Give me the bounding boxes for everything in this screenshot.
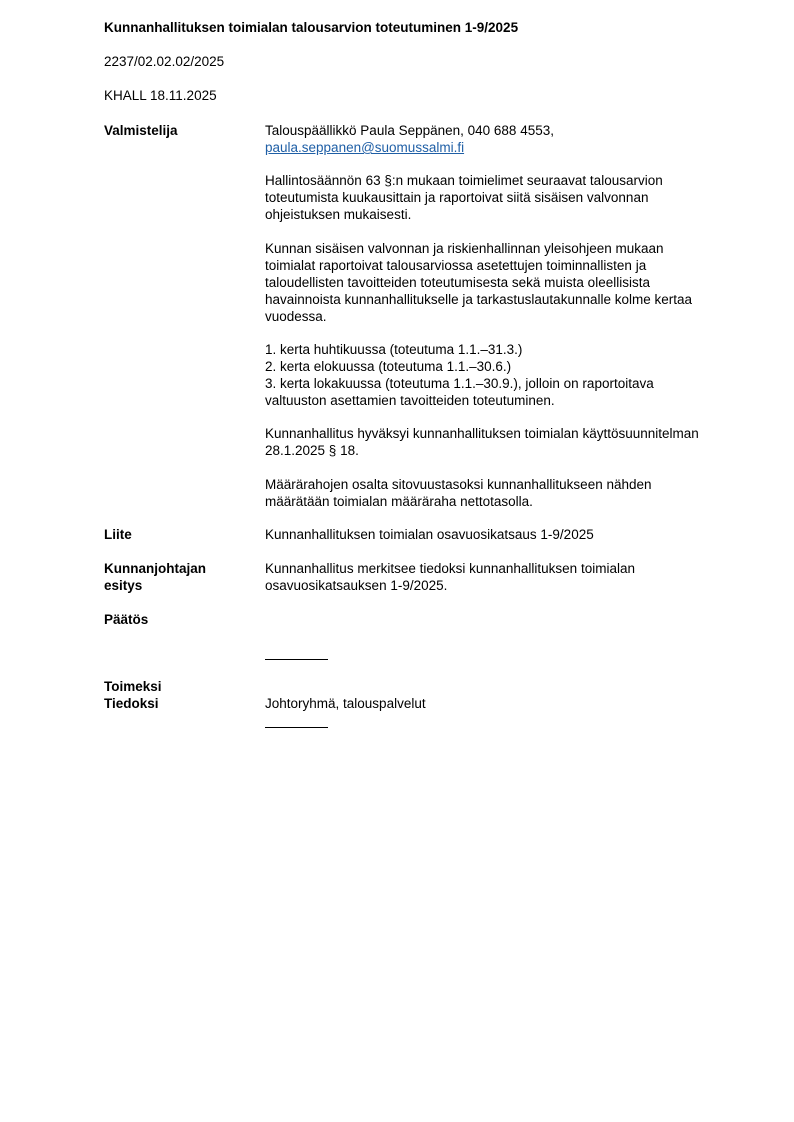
paragraph-hallintosaanto: Hallintosäännön 63 §:n mukaan toimielime…: [265, 172, 663, 223]
section-label-tiedoksi: Tiedoksi: [104, 695, 159, 712]
document-title: Kunnanhallituksen toimialan talousarvion…: [104, 20, 518, 35]
text-line: havainnoista kunnanhallitukselle ja tark…: [265, 291, 692, 308]
text-line: ohjeistuksen mukaisesti.: [265, 206, 663, 223]
section-label-esitys: Kunnanjohtajan esitys: [104, 560, 206, 594]
section-label-toimeksi: Toimeksi: [104, 678, 162, 695]
proposal-text: Kunnanhallitus merkitsee tiedoksi kunnan…: [265, 560, 635, 594]
text-line: Kunnanhallitus hyväksyi kunnanhallitukse…: [265, 425, 699, 442]
list-item: 3. kerta lokakuussa (toteutuma 1.1.–30.9…: [265, 375, 654, 392]
list-item: valtuuston asettamien tavoitteiden toteu…: [265, 392, 654, 409]
text-line: toimialat raportoivat talousarviossa ase…: [265, 257, 692, 274]
list-item: 2. kerta elokuussa (toteutuma 1.1.–30.6.…: [265, 358, 654, 375]
decision-divider: [265, 659, 328, 660]
end-divider: [265, 727, 328, 728]
text-line: toteutumista kuukausittain ja raportoiva…: [265, 189, 663, 206]
tiedoksi-recipients: Johtoryhmä, talouspalvelut: [265, 695, 426, 712]
reporting-schedule-list: 1. kerta huhtikuussa (toteutuma 1.1.–31.…: [265, 341, 654, 409]
text-line: vuodessa.: [265, 308, 692, 325]
text-line: taloudellisten tavoitteiden toteutumises…: [265, 274, 692, 291]
text-line: Kunnanhallitus merkitsee tiedoksi kunnan…: [265, 560, 635, 577]
label-line: Kunnanjohtajan: [104, 560, 206, 577]
diary-number: 2237/02.02.02/2025: [104, 54, 224, 69]
attachment-text: Kunnanhallituksen toimialan osavuosikats…: [265, 526, 594, 543]
text-line: Hallintosäännön 63 §:n mukaan toimielime…: [265, 172, 663, 189]
label-line: esitys: [104, 577, 206, 594]
list-item: 1. kerta huhtikuussa (toteutuma 1.1.–31.…: [265, 341, 654, 358]
section-label-paatos: Päätös: [104, 611, 148, 628]
meeting-date: KHALL 18.11.2025: [104, 88, 217, 103]
preparer-info: Talouspäällikkö Paula Seppänen, 040 688 …: [265, 122, 554, 139]
text-line: osavuosikatsauksen 1-9/2025.: [265, 577, 635, 594]
paragraph-sisainen-valvonta: Kunnan sisäisen valvonnan ja riskienhall…: [265, 240, 692, 325]
section-label-liite: Liite: [104, 526, 132, 543]
preparer-email-link[interactable]: paula.seppanen@suomussalmi.fi: [265, 139, 464, 156]
paragraph-sitovuustaso: Määrärahojen osalta sitovuustasoksi kunn…: [265, 476, 652, 510]
section-label-valmistelija: Valmistelija: [104, 122, 178, 139]
text-line: 28.1.2025 § 18.: [265, 442, 699, 459]
text-line: Kunnan sisäisen valvonnan ja riskienhall…: [265, 240, 692, 257]
text-line: määrätään toimialan määräraha nettotasol…: [265, 493, 652, 510]
paragraph-kayttosuunnitelma: Kunnanhallitus hyväksyi kunnanhallitukse…: [265, 425, 699, 459]
text-line: Määrärahojen osalta sitovuustasoksi kunn…: [265, 476, 652, 493]
